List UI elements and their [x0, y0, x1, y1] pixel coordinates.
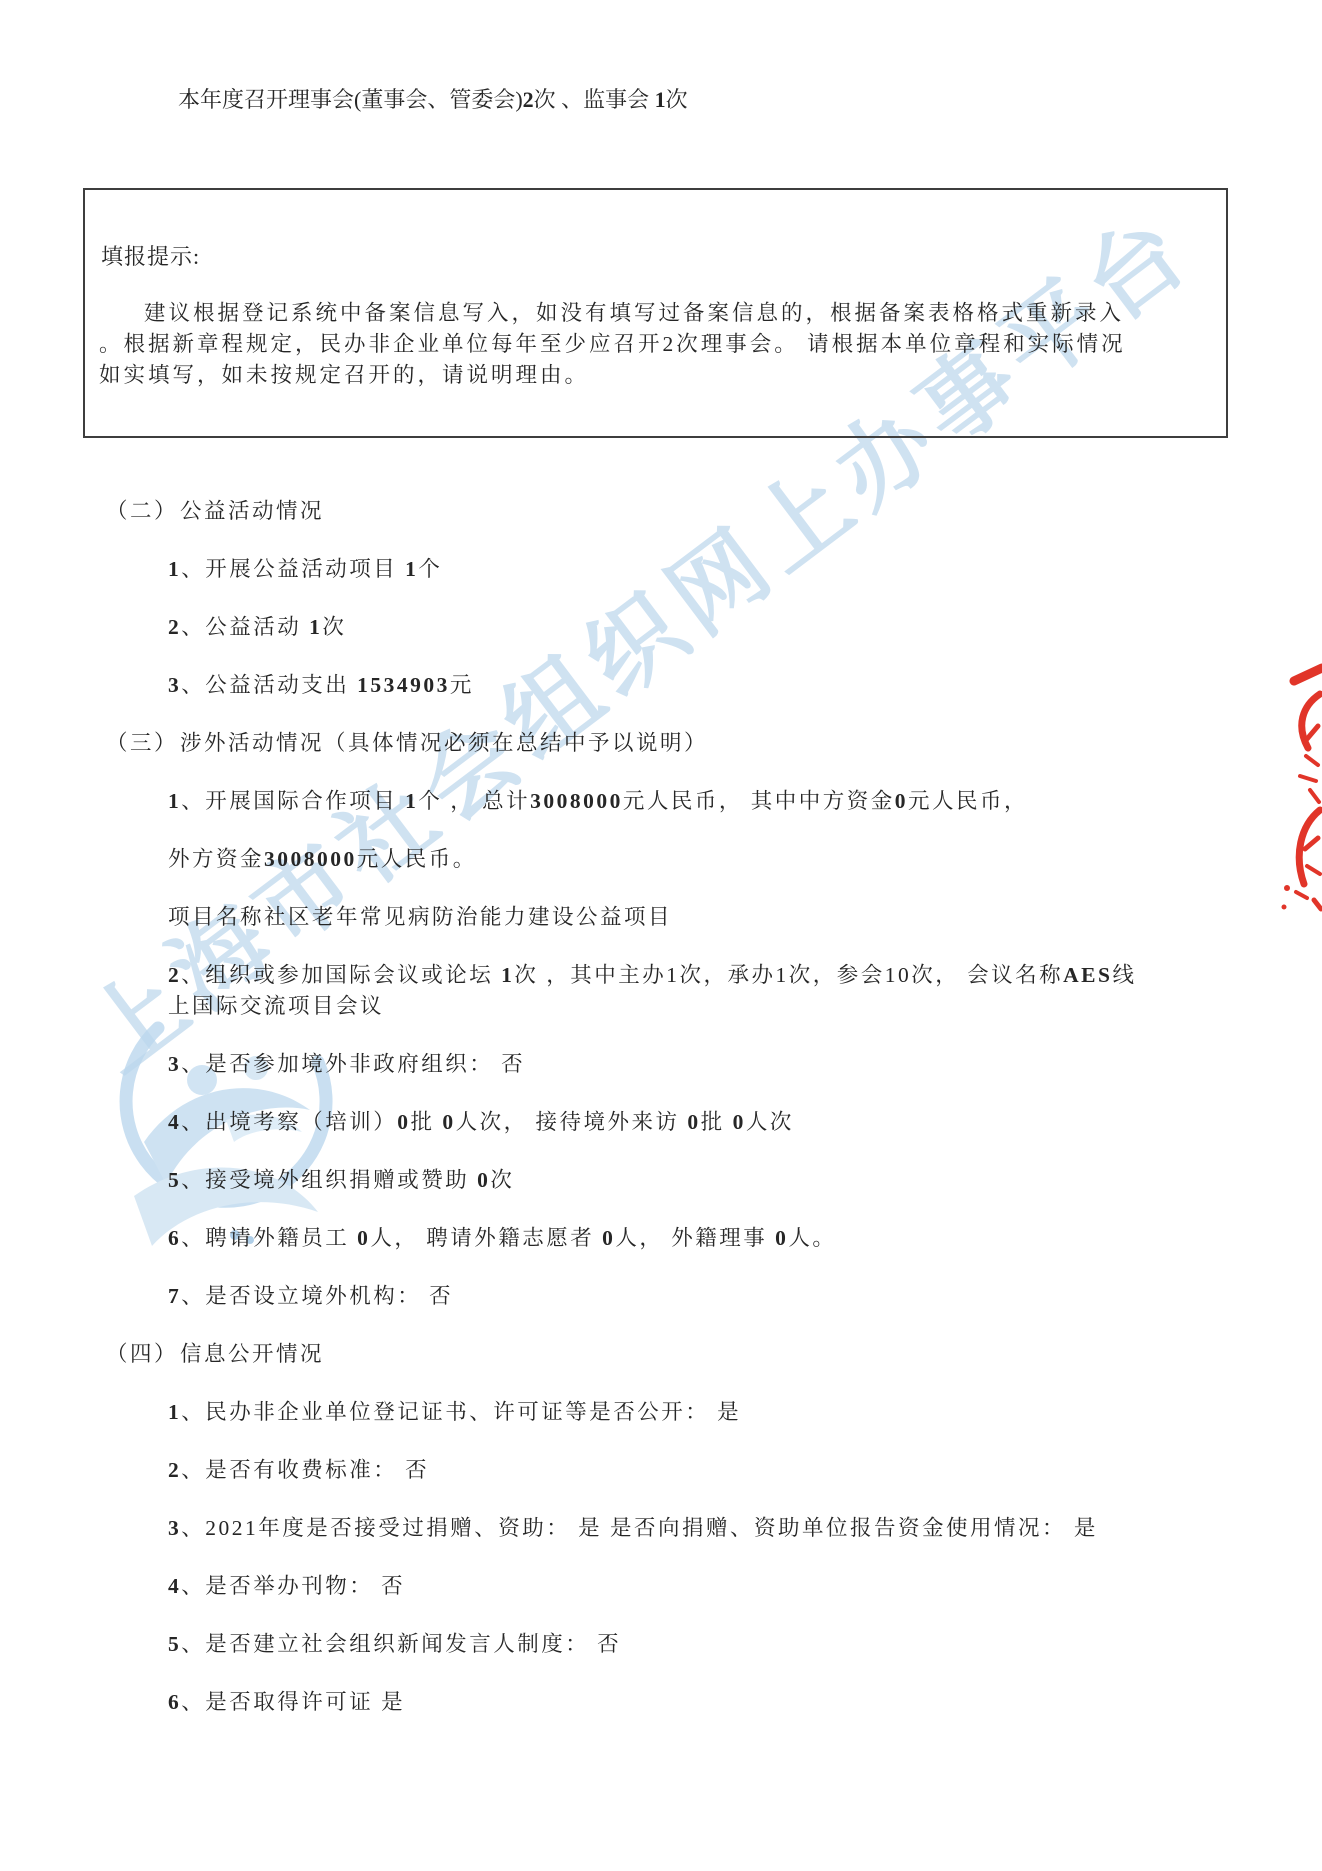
- text-segment: 0: [733, 1110, 746, 1134]
- text-segment: 2: [168, 963, 181, 987]
- text-segment: 、开展公益活动项目: [181, 557, 405, 581]
- text-segment: 次: [666, 87, 688, 112]
- text-segment: 1: [405, 557, 418, 581]
- text-segment: 0: [397, 1110, 410, 1134]
- text-segment: 、是否建立社会组织新闻发言人制度： 否: [181, 1632, 621, 1656]
- text-segment: 1: [309, 615, 322, 639]
- text-segment: 外方资金: [168, 847, 264, 871]
- text-segment: 、是否设立境外机构： 否: [181, 1284, 453, 1308]
- text-segment: 6: [168, 1226, 181, 1250]
- section-marker: （三）: [106, 728, 180, 759]
- text-segment: 0: [602, 1226, 615, 1250]
- text-segment: 个: [418, 557, 442, 581]
- text-segment: 2: [168, 1458, 181, 1482]
- text-segment: 人， 聘请外籍志愿者: [370, 1226, 602, 1250]
- text-line: 6、是否取得许可证 是: [0, 1687, 1322, 1718]
- text-segment: 、接受境外组织捐赠或赞助: [181, 1168, 477, 1192]
- text-segment: 1: [405, 789, 418, 813]
- section-marker: （二）: [106, 496, 180, 527]
- text-segment: 人， 外籍理事: [615, 1226, 775, 1250]
- text-segment: 、2021年度是否接受过捐赠、资助： 是 是否向捐赠、资助单位报告资金使用情况：…: [181, 1516, 1098, 1540]
- document-page: 上海市社会组织网上办事平台 本年度召开理事会(董事会、管委: [0, 0, 1322, 1871]
- text-segment: 次 ，其中主办1次，承办1次，参会10次， 会议名称: [514, 963, 1063, 987]
- text-segment: 、是否有收费标准： 否: [181, 1458, 429, 1482]
- text-segment: 如实填写，如未按规定召开的，请说明理由。: [99, 363, 589, 387]
- text-segment: 0: [477, 1168, 490, 1192]
- text-line: 外方资金3008000元人民币。: [0, 844, 1322, 875]
- text-line: 项目名称社区老年常见病防治能力建设公益项目: [0, 902, 1322, 933]
- text-segment: 、是否取得许可证 是: [181, 1690, 405, 1714]
- text-segment: 元人民币，: [908, 789, 1028, 813]
- text-segment: AES: [1063, 963, 1112, 987]
- text-line: 1、开展公益活动项目 1个: [0, 554, 1322, 585]
- report-body: （二）公益活动情况1、开展公益活动项目 1个2、公益活动 1次3、公益活动支出 …: [0, 496, 1322, 1718]
- text-segment: 。根据新章程规定，民办非企业单位每年至少应召开2次理事会。 请根据本单位章程和实…: [99, 332, 1126, 356]
- text-segment: 3: [168, 1052, 181, 1076]
- text-segment: 2: [523, 87, 534, 112]
- text-segment: 5: [168, 1168, 181, 1192]
- text-line: 7、是否设立境外机构： 否: [0, 1281, 1322, 1312]
- text-segment: 、民办非企业单位登记证书、许可证等是否公开： 是: [181, 1400, 741, 1424]
- text-segment: 、出境考察（培训）: [181, 1110, 397, 1134]
- text-segment: 个 ， 总计: [418, 789, 530, 813]
- text-line: 如实填写，如未按规定召开的，请说明理由。: [99, 360, 1216, 391]
- text-segment: 1: [168, 557, 181, 581]
- text-segment: 0: [442, 1110, 455, 1134]
- text-segment: 人次， 接待境外来访: [456, 1110, 688, 1134]
- text-segment: 项目名称社区老年常见病防治能力建设公益项目: [168, 905, 672, 929]
- text-segment: 、组织或参加国际会议或论坛: [181, 963, 501, 987]
- notice-box: 填报提示: 建议根据登记系统中备案信息写入，如没有填写过备案信息的，根据备案表格…: [83, 188, 1228, 438]
- text-segment: 、是否举办刊物： 否: [181, 1574, 405, 1598]
- text-segment: 元人民币。: [357, 847, 477, 871]
- text-segment: 本年度召开理事会(董事会、管委会): [178, 87, 523, 112]
- text-segment: 1: [655, 87, 666, 112]
- section-heading-line: （三）涉外活动情况（具体情况必须在总结中予以说明）: [0, 728, 1322, 759]
- text-segment: 0: [895, 789, 908, 813]
- text-segment: 人。: [788, 1226, 836, 1250]
- text-segment: 5: [168, 1632, 181, 1656]
- section-heading-line: （二）公益活动情况: [0, 496, 1322, 527]
- text-segment: 次: [322, 615, 346, 639]
- text-segment: 7: [168, 1284, 181, 1308]
- text-segment: 0: [687, 1110, 700, 1134]
- text-segment: 、开展国际合作项目: [181, 789, 405, 813]
- text-line: 3、是否参加境外非政府组织： 否: [0, 1049, 1322, 1080]
- text-segment: 上国际交流项目会议: [168, 994, 384, 1018]
- text-segment: 元人民币， 其中中方资金: [623, 789, 895, 813]
- text-segment: 公益活动情况: [180, 499, 324, 523]
- text-line: 5、是否建立社会组织新闻发言人制度： 否: [0, 1629, 1322, 1660]
- text-segment: 批: [701, 1110, 733, 1134]
- text-line: 1、民办非企业单位登记证书、许可证等是否公开： 是: [0, 1397, 1322, 1428]
- text-segment: 、公益活动支出: [181, 673, 357, 697]
- text-line: 2、公益活动 1次: [0, 612, 1322, 643]
- board-meetings-line: 本年度召开理事会(董事会、管委会)2次 、监事会 1次: [178, 84, 688, 115]
- text-segment: 4: [168, 1574, 181, 1598]
- red-stamp-fragment: [1280, 660, 1322, 920]
- text-segment: 3: [168, 673, 181, 697]
- text-segment: 1: [501, 963, 514, 987]
- text-segment: 批: [411, 1110, 443, 1134]
- section-heading-line: （四）信息公开情况: [0, 1339, 1322, 1370]
- text-segment: 、是否参加境外非政府组织： 否: [181, 1052, 525, 1076]
- notice-title: 填报提示:: [101, 240, 200, 271]
- text-line: 2、组织或参加国际会议或论坛 1次 ，其中主办1次，承办1次，参会10次， 会议…: [0, 960, 1322, 991]
- text-line: 3、2021年度是否接受过捐赠、资助： 是 是否向捐赠、资助单位报告资金使用情况…: [0, 1513, 1322, 1544]
- text-segment: 、聘请外籍员工: [181, 1226, 357, 1250]
- text-segment: 2: [168, 615, 181, 639]
- text-segment: 3: [168, 1516, 181, 1540]
- text-segment: 4: [168, 1110, 181, 1134]
- text-line: 4、出境考察（培训）0批 0人次， 接待境外来访 0批 0人次: [0, 1107, 1322, 1138]
- text-segment: 线: [1112, 963, 1136, 987]
- notice-paragraph: 建议根据登记系统中备案信息写入，如没有填写过备案信息的，根据备案表格格式重新录入…: [99, 298, 1216, 391]
- text-line: 2、是否有收费标准： 否: [0, 1455, 1322, 1486]
- text-segment: 信息公开情况: [180, 1342, 324, 1366]
- text-segment: 3008000: [264, 847, 357, 871]
- text-line: 建议根据登记系统中备案信息写入，如没有填写过备案信息的，根据备案表格格式重新录入: [99, 298, 1216, 329]
- text-segment: 涉外活动情况（具体情况必须在总结中予以说明）: [180, 731, 708, 755]
- text-segment: 1534903: [357, 673, 450, 697]
- text-line: 本年度召开理事会(董事会、管委会)2次 、监事会 1次: [178, 84, 688, 115]
- text-line: 。根据新章程规定，民办非企业单位每年至少应召开2次理事会。 请根据本单位章程和实…: [99, 329, 1216, 360]
- text-segment: 0: [775, 1226, 788, 1250]
- text-segment: 0: [357, 1226, 370, 1250]
- text-line: 1、开展国际合作项目 1个 ， 总计3008000元人民币， 其中中方资金0元人…: [0, 786, 1322, 817]
- text-segment: 1: [168, 1400, 181, 1424]
- text-segment: 6: [168, 1690, 181, 1714]
- text-segment: 次: [490, 1168, 514, 1192]
- text-segment: 次 、监事会: [534, 87, 655, 112]
- document-content: 本年度召开理事会(董事会、管委会)2次 、监事会 1次 填报提示: 建议根据登记…: [0, 0, 1322, 1871]
- text-segment: 1: [168, 789, 181, 813]
- text-line: 4、是否举办刊物： 否: [0, 1571, 1322, 1602]
- text-segment: 建议根据登记系统中备案信息写入，如没有填写过备案信息的，根据备案表格格式重新录入: [144, 301, 1124, 325]
- text-line: 5、接受境外组织捐赠或赞助 0次: [0, 1165, 1322, 1196]
- text-segment: 人次: [746, 1110, 794, 1134]
- text-line: 6、聘请外籍员工 0人， 聘请外籍志愿者 0人， 外籍理事 0人。: [0, 1223, 1322, 1254]
- text-line: 上国际交流项目会议: [0, 991, 1322, 1022]
- text-segment: 元: [450, 673, 474, 697]
- text-line: 3、公益活动支出 1534903元: [0, 670, 1322, 701]
- text-segment: 3008000: [530, 789, 623, 813]
- section-marker: （四）: [106, 1339, 180, 1370]
- text-segment: 、公益活动: [181, 615, 309, 639]
